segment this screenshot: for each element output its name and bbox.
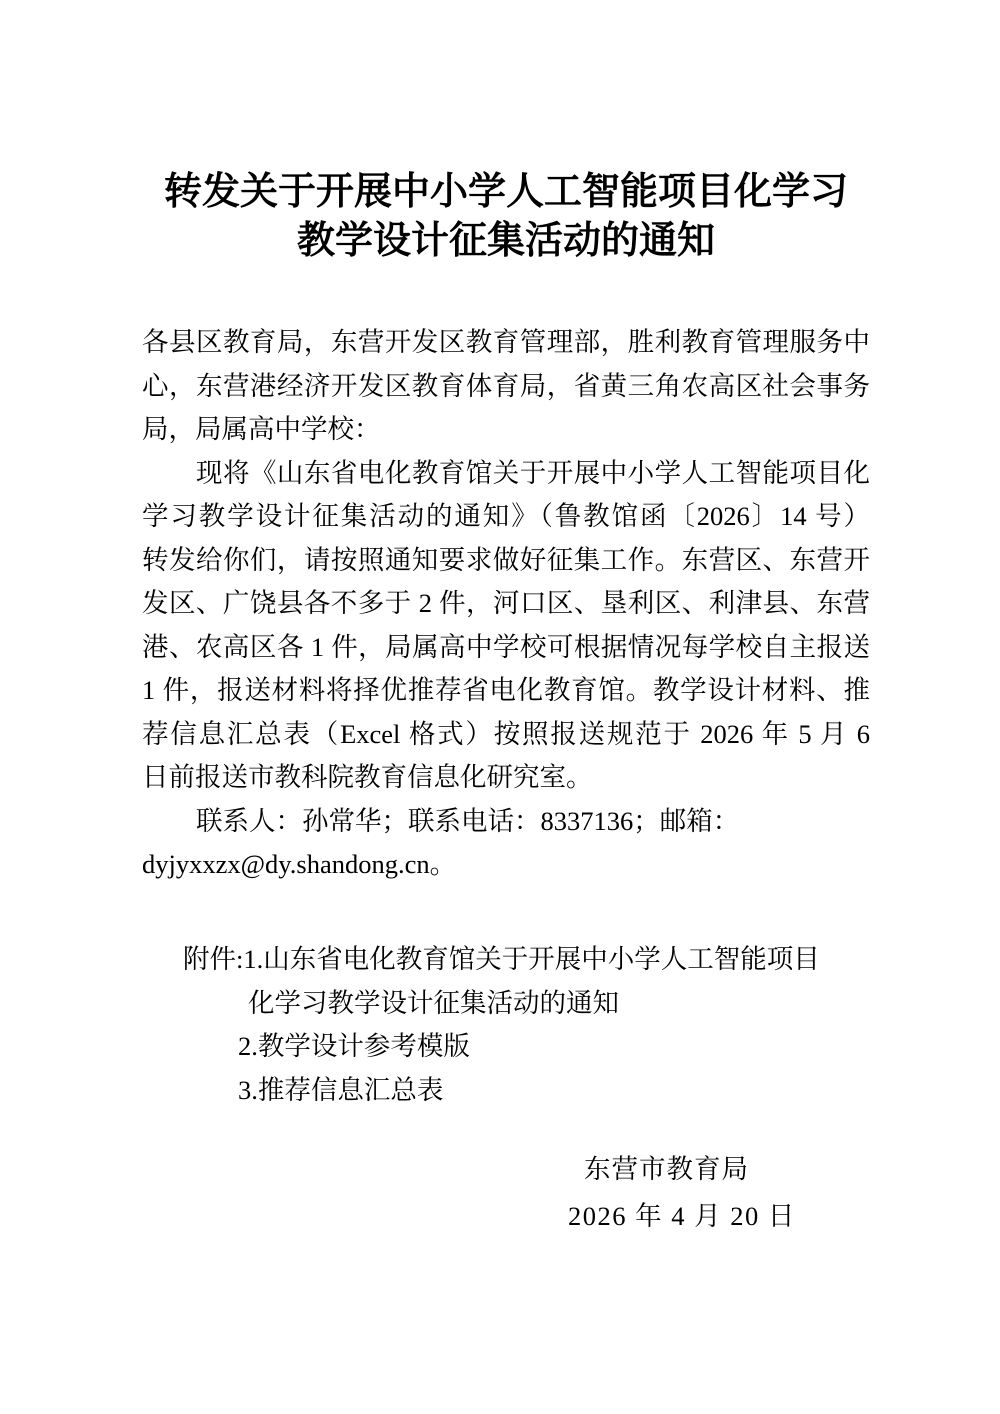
body-line: 转发给你们，请按照通知要求做好征集工作。东营区、东营开 [142,539,870,583]
title-line-1: 转发关于开展中小学人工智能项目化学习 [142,168,870,217]
signature-organization: 东营市教育局 [584,1148,749,1192]
contact-email-line: dyjyxxzx@dy.shandong.cn。 [142,843,870,887]
recipients-paragraph: 各县区教育局，东营开发区教育管理部，胜利教育管理服务中 心，东营港经济开发区教育… [142,321,870,452]
body-line: 发区、广饶县各不多于 2 件，河口区、垦利区、利津县、东营 [142,582,870,626]
title-line-2: 教学设计征集活动的通知 [142,217,870,266]
main-paragraph: 现将《山东省电化教育馆关于开展中小学人工智能项目化 学习教学设计征集活动的通知》… [142,452,870,800]
body-line: 学习教学设计征集活动的通知》（鲁教馆函〔2026〕14 号） [142,495,870,539]
attachment-item-3: 3.推荐信息汇总表 [142,1069,870,1113]
body-line: 局，局属高中学校： [142,408,870,452]
body-line: 荐信息汇总表（Excel 格式）按照报送规范于 2026 年 5 月 6 [142,713,870,757]
body-line: 港、农高区各 1 件，局属高中学校可根据情况每学校自主报送 [142,626,870,670]
document-body: 各县区教育局，东营开发区教育管理部，胜利教育管理服务中 心，东营港经济开发区教育… [142,321,870,887]
attachment-item-1-line-2: 化学习教学设计征集活动的通知 [142,982,870,1026]
attachment-item-1-line-1: 附件:1.山东省电化教育馆关于开展中小学人工智能项目 [142,938,870,982]
contact-paragraph: 联系人：孙常华；联系电话：8337136；邮箱： dyjyxxzx@dy.sha… [142,800,870,887]
body-line: 日前报送市教科院教育信息化研究室。 [142,756,870,800]
signature-date: 2026 年 4 月 20 日 [568,1195,796,1239]
notice-document-page: 转发关于开展中小学人工智能项目化学习 教学设计征集活动的通知 各县区教育局，东营… [0,0,1000,1414]
contact-line: 联系人：孙常华；联系电话：8337136；邮箱： [142,800,870,844]
body-line: 各县区教育局，东营开发区教育管理部，胜利教育管理服务中 [142,321,870,365]
attachments-list: 附件:1.山东省电化教育馆关于开展中小学人工智能项目 化学习教学设计征集活动的通… [142,938,870,1112]
body-line: 现将《山东省电化教育馆关于开展中小学人工智能项目化 [142,452,870,496]
attachment-item-2: 2.教学设计参考模版 [142,1025,870,1069]
body-line: 心，东营港经济开发区教育体育局，省黄三角农高区社会事务 [142,365,870,409]
document-title: 转发关于开展中小学人工智能项目化学习 教学设计征集活动的通知 [142,168,870,266]
body-line: 1 件，报送材料将择优推荐省电化教育馆。教学设计材料、推 [142,669,870,713]
